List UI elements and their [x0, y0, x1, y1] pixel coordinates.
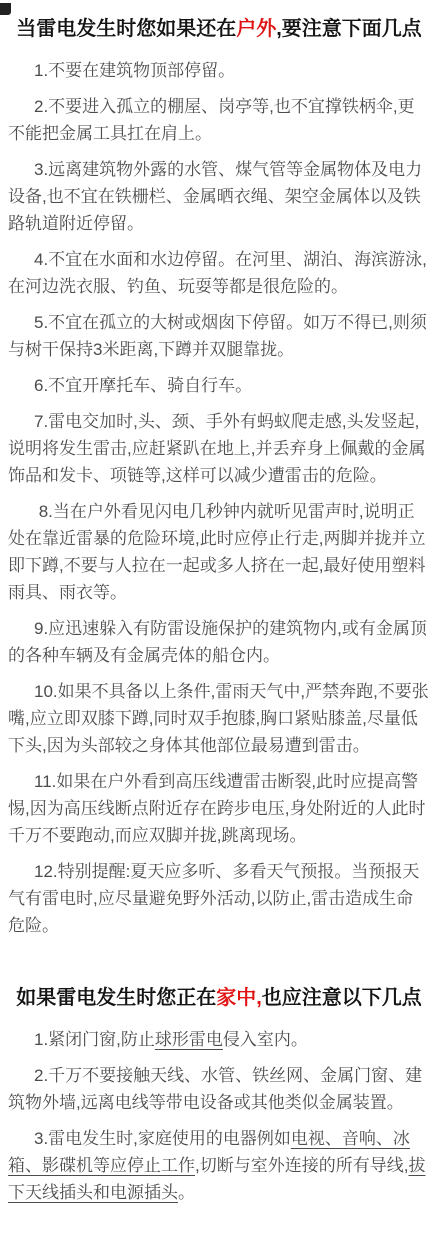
item-text: 2.不要进入孤立的棚屋、岗亭等,也不宜撑铁柄伞,更不能把金属工具扛在肩上。	[8, 97, 415, 143]
safety-item: 2.不要进入孤立的棚屋、岗亭等,也不宜撑铁柄伞,更不能把金属工具扛在肩上。	[8, 93, 430, 147]
lightning-safety-article: 当雷电发生时您如果还在户外,要注意下面几点1.不要在建筑物顶部停留。2.不要进入…	[0, 0, 438, 1233]
indoor-section: 如果雷电发生时您正在家中,也应注意以下几点1.紧闭门窗,防止球形雷电侵入室内。2…	[8, 985, 430, 1206]
safety-item: 1.不要在建筑物顶部停留。	[8, 57, 430, 84]
sections-container: 当雷电发生时您如果还在户外,要注意下面几点1.不要在建筑物顶部停留。2.不要进入…	[8, 16, 430, 1206]
safety-item: 2.千万不要接触天线、水管、铁丝网、金属门窗、建筑物外墙,远离电线等带电设备或其…	[8, 1062, 430, 1116]
safety-item: 12.特别提醒:夏天应多听、多看天气预报。当预报天气有雷电时,应尽量避免野外活动…	[8, 858, 430, 939]
highlighted-keyword: 家中,	[216, 987, 262, 1009]
item-text: 8.当在户外看见闪电几秒钟内就听见雷声时,说明正处在靠近雷暴的危险环境,此时应停…	[8, 502, 425, 602]
safety-item: 5.不宜在孤立的大树或烟囱下停留。如万不得已,则须与树干保持3米距离,下蹲并双腿…	[8, 309, 430, 363]
item-text: 3.雷电发生时,家庭使用的电器例如	[34, 1129, 291, 1148]
item-text: ,切断与室外连接的所有导线,	[195, 1156, 408, 1175]
title-text: 当雷电发生时您如果还在	[16, 18, 236, 40]
item-text: 11.如果在户外看到高压线遭雷击断裂,此时应提高警惕,因为高压线断点附近存在跨步…	[8, 772, 425, 845]
safety-item: 10.如果不具备以上条件,雷雨天气中,严禁奔跑,不要张嘴,应立即双膝下蹲,同时双…	[8, 678, 430, 759]
safety-item: 6.不宜开摩托车、骑自行车。	[8, 372, 430, 399]
indoor-section-title: 如果雷电发生时您正在家中,也应注意以下几点	[8, 985, 430, 1012]
safety-item: 7.雷电交加时,头、颈、手外有蚂蚁爬走感,头发竖起,说明将发生雷击,应赶紧趴在地…	[8, 408, 430, 489]
item-text: 2.千万不要接触天线、水管、铁丝网、金属门窗、建筑物外墙,远离电线等带电设备或其…	[8, 1066, 422, 1112]
outdoor-section-title: 当雷电发生时您如果还在户外,要注意下面几点	[8, 16, 430, 43]
item-text: 1.不要在建筑物顶部停留。	[34, 61, 235, 80]
safety-item: 11.如果在户外看到高压线遭雷击断裂,此时应提高警惕,因为高压线断点附近存在跨步…	[8, 768, 430, 849]
item-text: 10.如果不具备以上条件,雷雨天气中,严禁奔跑,不要张嘴,应立即双膝下蹲,同时双…	[8, 682, 429, 755]
title-text: 如果雷电发生时您正在	[16, 987, 216, 1009]
safety-item: 3.远离建筑物外露的水管、煤气管等金属物体及电力设备,也不宜在铁栅栏、金属晒衣绳…	[8, 156, 430, 237]
item-text: 。	[178, 1183, 195, 1202]
title-text: 也应注意以下几点	[262, 987, 422, 1009]
item-text: 6.不宜开摩托车、骑自行车。	[34, 376, 252, 395]
safety-item: 9.应迅速躲入有防雷设施保护的建筑物内,或有金属顶的各种车辆及有金属壳体的船仓内…	[8, 615, 430, 669]
item-text: 4.不宜在水面和水边停留。在河里、湖泊、海滨游泳,在河边洗衣服、钓鱼、玩耍等都是…	[8, 250, 427, 296]
corner-decoration	[0, 3, 11, 15]
item-text: 侵入室内。	[223, 1030, 308, 1049]
item-text: 12.特别提醒:夏天应多听、多看天气预报。当预报天气有雷电时,应尽量避免野外活动…	[8, 862, 419, 935]
safety-item: 1.紧闭门窗,防止球形雷电侵入室内。	[8, 1026, 430, 1053]
safety-item: 8.当在户外看见闪电几秒钟内就听见雷声时,说明正处在靠近雷暴的危险环境,此时应停…	[8, 498, 430, 606]
safety-item: 3.雷电发生时,家庭使用的电器例如电视、音响、冰箱、影碟机等应停止工作,切断与室…	[8, 1125, 430, 1206]
highlighted-keyword: 户外	[236, 18, 276, 40]
item-text: 1.紧闭门窗,防止	[34, 1030, 155, 1049]
underlined-text: 球形雷电	[155, 1030, 223, 1049]
item-text: 7.雷电交加时,头、颈、手外有蚂蚁爬走感,头发竖起,说明将发生雷击,应赶紧趴在地…	[8, 412, 425, 485]
item-text: 3.远离建筑物外露的水管、煤气管等金属物体及电力设备,也不宜在铁栅栏、金属晒衣绳…	[8, 160, 422, 233]
outdoor-section: 当雷电发生时您如果还在户外,要注意下面几点1.不要在建筑物顶部停留。2.不要进入…	[8, 16, 430, 939]
title-text: ,要注意下面几点	[276, 18, 422, 40]
item-text: 5.不宜在孤立的大树或烟囱下停留。如万不得已,则须与树干保持3米距离,下蹲并双腿…	[8, 313, 427, 359]
item-text: 9.应迅速躲入有防雷设施保护的建筑物内,或有金属顶的各种车辆及有金属壳体的船仓内…	[8, 619, 427, 665]
safety-item: 4.不宜在水面和水边停留。在河里、湖泊、海滨游泳,在河边洗衣服、钓鱼、玩耍等都是…	[8, 246, 430, 300]
